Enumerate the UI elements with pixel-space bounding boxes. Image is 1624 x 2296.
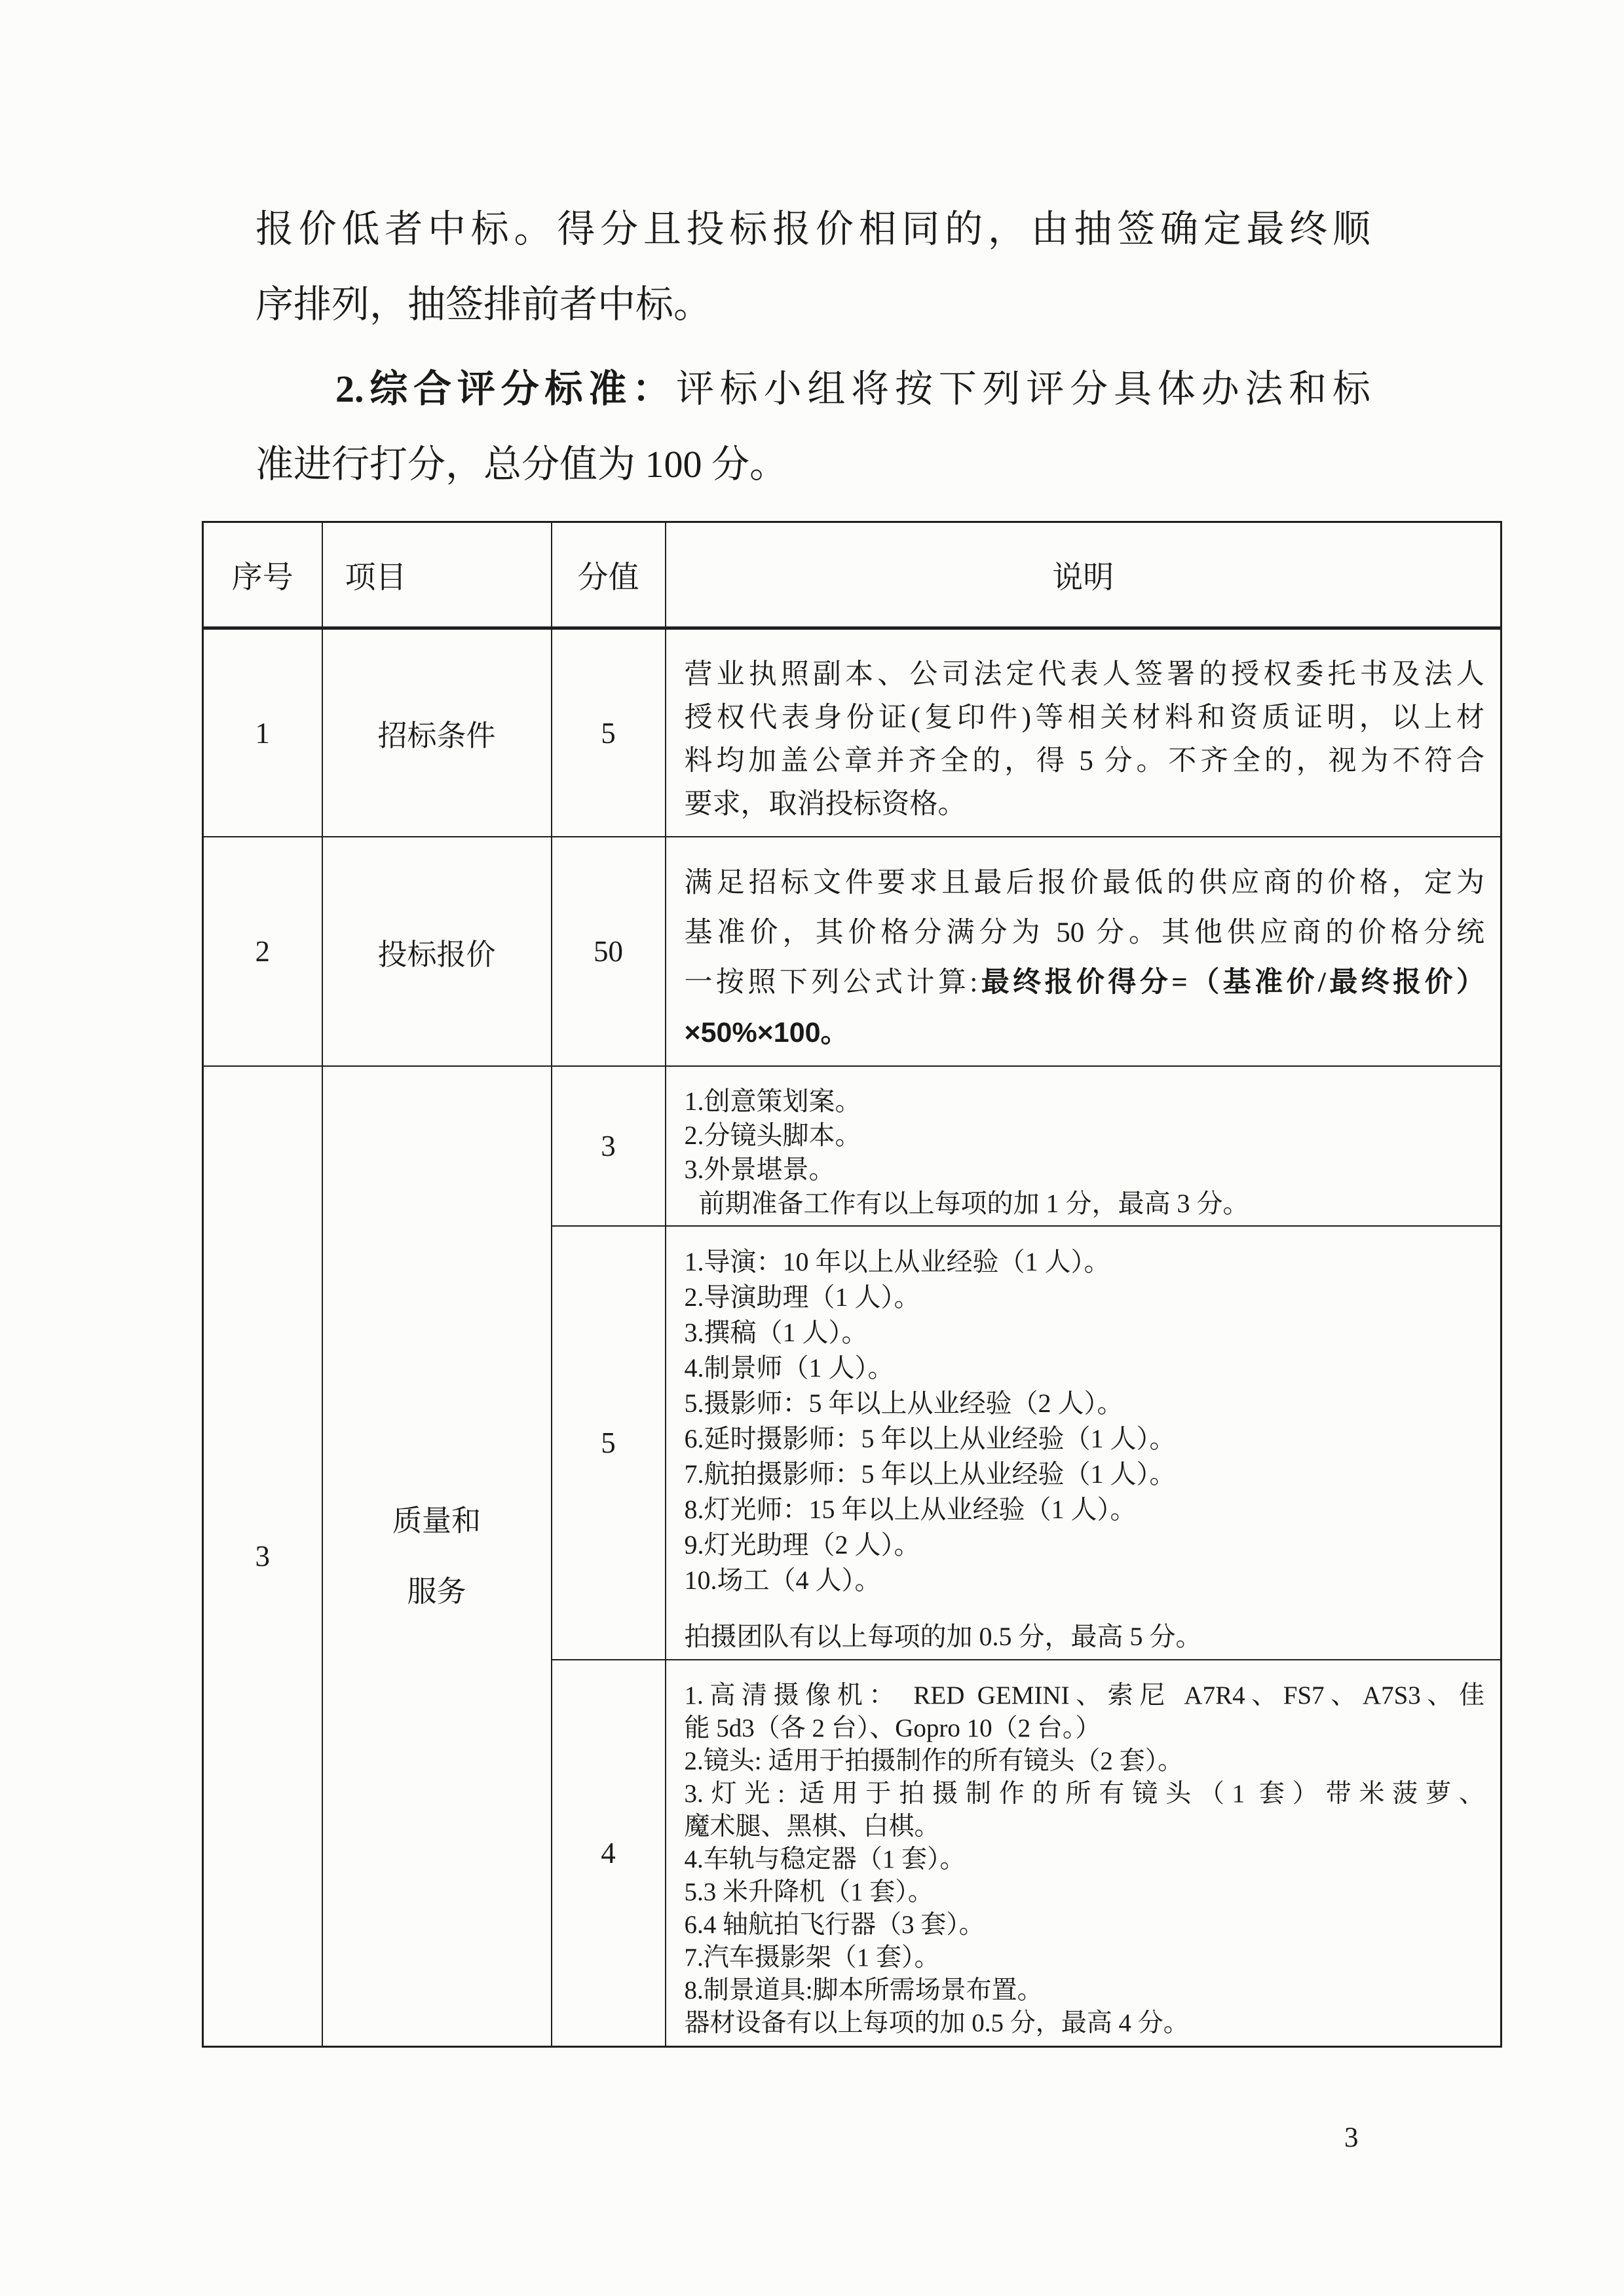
table-row-bid-price: 2 投标报价 50 满足招标文件要求且最后报价最低的供应商的价格，定为 基准价，…	[203, 837, 1501, 1066]
paragraph-line: 2.综合评分标准：评标小组将按下列评分具体办法和标	[255, 351, 1370, 427]
price-formula-continued: ×50%×100。	[685, 1017, 849, 1048]
desc-line: 3.撰稿（1 人）。	[685, 1315, 1485, 1350]
intro-text-block: 报价低者中标。得分且投标报价相同的，由抽签确定最终顺 序排列，抽签排前者中标。 …	[255, 191, 1370, 502]
desc-line: 2.镜头: 适用于拍摄制作的所有镜头（2 套）。	[685, 1745, 1485, 1778]
desc-line: 3.外景堪景。	[685, 1153, 1485, 1187]
row1-seq-cell: 1	[203, 628, 322, 837]
desc-line: 授权代表身份证(复印件)等相关材料和资质证明，以上材	[685, 697, 1485, 740]
row2-score-cell: 50	[552, 837, 666, 1066]
desc-line: 1.高清摄像机： RED GEMINI、索尼 A7R4、FS7、A7S3、佳	[685, 1679, 1485, 1712]
paragraph-line: 序排列，抽签排前者中标。	[255, 267, 1370, 342]
desc-line: 一按照下列公式计算:最终报价得分=（基准价/最终报价）	[685, 958, 1485, 1008]
desc-line: ×50%×100。	[685, 1008, 1485, 1058]
desc-line: 1.创意策划案。	[685, 1084, 1485, 1119]
desc-line: 5.摄影师：5 年以上从业经验（2 人）。	[685, 1386, 1485, 1421]
row1-item-cell: 招标条件	[322, 628, 552, 837]
desc-line: 7.航拍摄影师：5 年以上从业经验（1 人）。	[685, 1457, 1485, 1492]
desc-line: 2.分镜头脚本。	[685, 1119, 1485, 1153]
desc-line: 营业执照副本、公司法定代表人签署的授权委托书及法人	[685, 653, 1485, 697]
desc-line: 8.灯光师：15 年以上从业经验（1 人）。	[685, 1492, 1485, 1527]
paragraph-line: 准进行打分，总分值为 100 分。	[255, 427, 1370, 502]
page-number: 3	[1344, 2122, 1359, 2154]
header-cell-item: 项目	[322, 522, 552, 628]
desc-line: 4.车轨与稳定器（1 套）。	[685, 1843, 1485, 1876]
scoring-standard-heading: 2.综合评分标准：	[335, 368, 676, 410]
desc-summary-line: 器材设备有以上每项的加 0.5 分，最高 4 分。	[685, 2007, 1485, 2040]
row3-item-cell: 质量和 服务	[322, 1066, 552, 2047]
price-formula: 最终报价得分=（基准价/最终报价）	[977, 967, 1484, 998]
desc-summary-line: 拍摄团队有以上每项的加 0.5 分，最高 5 分。	[685, 1619, 1485, 1655]
desc-line: 6.延时摄影师：5 年以上从业经验（1 人）。	[685, 1421, 1485, 1457]
table-row-bidding-conditions: 1 招标条件 5 营业执照副本、公司法定代表人签署的授权委托书及法人 授权代表身…	[203, 628, 1501, 837]
desc-line: 满足招标文件要求且最后报价最低的供应商的价格，定为	[685, 858, 1485, 908]
desc-line: 9.灯光助理（2 人）。	[685, 1527, 1485, 1563]
row1-desc-cell: 营业执照副本、公司法定代表人签署的授权委托书及法人 授权代表身份证(复印件)等相…	[666, 628, 1501, 837]
row2-item-cell: 投标报价	[322, 837, 552, 1066]
row3a-score-cell: 3	[552, 1066, 666, 1226]
desc-line: 3.灯光: 适用于拍摄制作的所有镜头（1 套）带米菠萝、	[685, 1778, 1485, 1810]
row1-score-cell: 5	[552, 628, 666, 837]
desc-text: 一按照下列公式计算:	[685, 967, 978, 998]
line-gap	[685, 1598, 1485, 1619]
desc-line: 料均加盖公章并齐全的，得 5 分。不齐全的，视为不符合	[685, 740, 1485, 783]
row3b-score-cell: 5	[552, 1226, 666, 1660]
document-page: 报价低者中标。得分且投标报价相同的，由抽签确定最终顺 序排列，抽签排前者中标。 …	[0, 0, 1624, 2296]
table-row-quality-service-prep: 3 质量和 服务 3 1.创意策划案。 2.分镜头脚本。 3.外景堪景。 前期准…	[203, 1066, 1501, 1226]
desc-line: 5.3 米升降机（1 套）。	[685, 1876, 1485, 1909]
row3-seq-cell: 3	[203, 1066, 322, 2047]
desc-line: 4.制景师（1 人）。	[685, 1350, 1485, 1386]
desc-line: 1.导演：10 年以上从业经验（1 人）。	[685, 1244, 1485, 1280]
desc-line: 6.4 轴航拍飞行器（3 套）。	[685, 1909, 1485, 1942]
desc-line: 基准价，其价格分满分为 50 分。其他供应商的价格分统	[685, 908, 1485, 958]
desc-line: 能 5d3（各 2 台）、Gopro 10（2 台。）	[685, 1712, 1485, 1745]
desc-line: 要求，取消投标资格。	[685, 783, 1485, 826]
desc-line: 魔术腿、黑棋、白棋。	[685, 1810, 1485, 1843]
scoring-standard-paragraph: 2.综合评分标准：评标小组将按下列评分具体办法和标 准进行打分，总分值为 100…	[255, 351, 1370, 502]
paragraph-line: 报价低者中标。得分且投标报价相同的，由抽签确定最终顺	[255, 191, 1370, 267]
desc-line: 8.制景道具:脚本所需场景布置。	[685, 1974, 1485, 2007]
header-cell-seq: 序号	[203, 522, 322, 628]
item-line: 服务	[323, 1556, 551, 1627]
row3c-desc-cell: 1.高清摄像机： RED GEMINI、索尼 A7R4、FS7、A7S3、佳 能…	[666, 1660, 1501, 2047]
row2-desc-cell: 满足招标文件要求且最后报价最低的供应商的价格，定为 基准价，其价格分满分为 50…	[666, 837, 1501, 1066]
intro-paragraph: 报价低者中标。得分且投标报价相同的，由抽签确定最终顺 序排列，抽签排前者中标。	[255, 191, 1370, 342]
evaluation-criteria-table: 序号 项目 分值 说明 1 招标条件 5 营业执照副本、公司法定代表人签署的授权…	[202, 521, 1502, 2048]
desc-line: 7.汽车摄影架（1 套）。	[685, 1942, 1485, 1974]
table-header-row: 序号 项目 分值 说明	[203, 522, 1501, 628]
desc-line: 10.场工（4 人）。	[685, 1563, 1485, 1598]
paragraph-text: 评标小组将按下列评分具体办法和标	[676, 368, 1370, 410]
item-line: 质量和	[323, 1485, 551, 1556]
desc-line: 前期准备工作有以上每项的加 1 分，最高 3 分。	[685, 1187, 1485, 1221]
row3a-desc-cell: 1.创意策划案。 2.分镜头脚本。 3.外景堪景。 前期准备工作有以上每项的加 …	[666, 1066, 1501, 1226]
header-cell-desc: 说明	[666, 522, 1501, 628]
row3b-desc-cell: 1.导演：10 年以上从业经验（1 人）。 2.导演助理（1 人）。 3.撰稿（…	[666, 1226, 1501, 1660]
row2-seq-cell: 2	[203, 837, 322, 1066]
desc-line: 2.导演助理（1 人）。	[685, 1280, 1485, 1315]
row3c-score-cell: 4	[552, 1660, 666, 2047]
header-cell-score: 分值	[552, 522, 666, 628]
